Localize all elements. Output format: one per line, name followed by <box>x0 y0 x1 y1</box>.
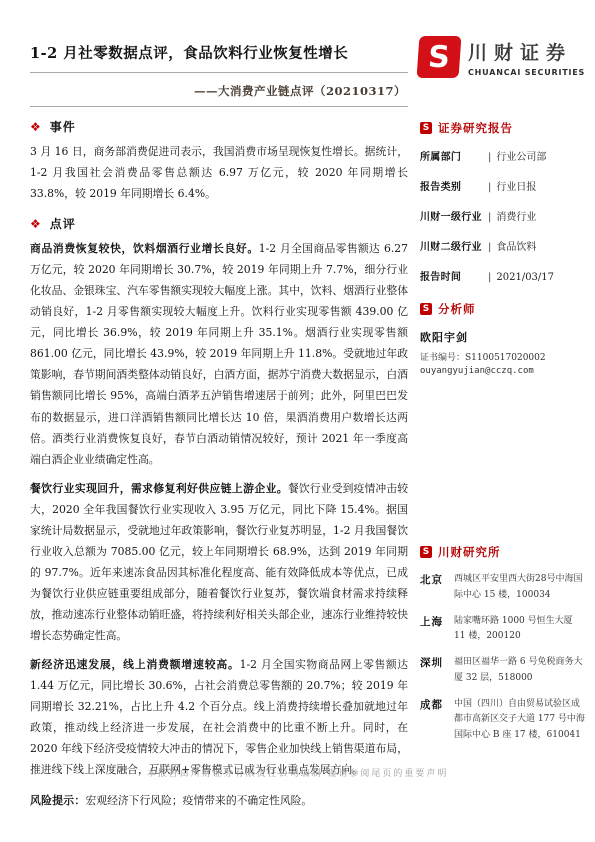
brand-logo-text: 川财证券 CHUANCAI SECURITIES <box>468 38 585 77</box>
diamond-bullet-icon: ❖ <box>30 218 41 230</box>
meta-row-category: 报告类别 | 行业日报 <box>420 178 586 193</box>
office-shenzhen: 深圳 福田区福华一路 6 号免税商务大厦 32 层，518000 <box>420 655 586 687</box>
main-column: 1-2 月社零数据点评，食品饮料行业恢复性增长 ——大消费产业链点评（20210… <box>30 42 408 819</box>
meta-row-date: 报告时间 | 2021/03/17 <box>420 268 586 283</box>
meta-value: 行业公司部 <box>496 148 546 163</box>
paragraph-text: 1-2 月全国实物商品网上零售额达 1.44 万亿元，同比增长 30.6%，占社… <box>30 658 408 776</box>
office-chengdu: 成都 中国（四川）自由贸易试验区成都市高新区交子大道 177 号中海国际中心 B… <box>420 697 586 744</box>
paragraph-lead: 商品消费恢复较快，饮料烟酒行业增长良好。 <box>30 242 259 255</box>
institute-heading: S 川财研究所 <box>420 544 586 560</box>
subtitle-row: ——大消费产业链点评（20210317） <box>30 73 408 106</box>
risk-notice: 风险提示：宏观经济下行风险；疫情带来的不确定性风险。 <box>30 790 408 811</box>
analyst-heading-label: 分析师 <box>438 301 476 317</box>
office-beijing: 北京 西城区平安里西大街28号中海国际中心 15 楼，100034 <box>420 572 586 604</box>
page-subtitle: ——大消费产业链点评（20210317） <box>194 84 406 98</box>
meta-row-industry-l2: 川财二级行业 | 食品饮料 <box>420 238 586 253</box>
brand-logo-icon: S <box>417 36 462 78</box>
analyst-section: S 分析师 欧阳宇剑 证书编号：S1100517020002 ouyangyuj… <box>420 301 586 376</box>
report-page: { "brand": { "logo_mark": "S", "logo_cn"… <box>0 0 595 842</box>
meta-label: 所属部门 <box>420 148 488 163</box>
office-address: 陆家嘴环路 1000 号恒生大厦 11 楼，200120 <box>454 614 586 646</box>
section-comment-heading: ❖ 点评 <box>30 215 408 232</box>
page-title: 1-2 月社零数据点评，食品饮料行业恢复性增长 <box>30 42 408 63</box>
institute-heading-label: 川财研究所 <box>438 544 501 560</box>
analyst-cert-number: 证书编号：S1100517020002 <box>420 350 586 363</box>
office-city: 北京 <box>420 572 446 604</box>
analyst-name: 欧阳宇剑 <box>420 329 586 345</box>
footer-disclaimer: 本报告由川财证券有限责任公司编制 谨请参阅尾页的重要声明 <box>0 766 595 779</box>
analyst-heading: S 分析师 <box>420 301 586 317</box>
institute-section: S 川财研究所 北京 西城区平安里西大街28号中海国际中心 15 楼，10003… <box>420 544 586 744</box>
office-city: 上海 <box>420 614 446 646</box>
section-comment-title: 点评 <box>50 215 76 232</box>
meta-separator: | <box>488 182 491 193</box>
risk-lead: 风险提示： <box>30 794 85 807</box>
office-shanghai: 上海 陆家嘴环路 1000 号恒生大厦 11 楼，200120 <box>420 614 586 646</box>
meta-row-department: 所属部门 | 行业公司部 <box>420 148 586 163</box>
section-event-heading: ❖ 事件 <box>30 118 408 135</box>
diamond-bullet-icon: ❖ <box>30 121 41 133</box>
meta-label: 川财二级行业 <box>420 238 488 253</box>
office-city: 深圳 <box>420 655 446 687</box>
report-info-sidebar: S 证券研究报告 所属部门 | 行业公司部 报告类别 | 行业日报 川财一级行业… <box>420 120 586 754</box>
office-city: 成都 <box>420 697 446 744</box>
comment-paragraph-3: 新经济迅速发展，线上消费额增速较高。1-2 月全国实物商品网上零售额达 1.44… <box>30 654 408 780</box>
meta-separator: | <box>488 152 491 163</box>
mini-logo-icon: S <box>420 122 432 134</box>
brand-name-en: CHUANCAI SECURITIES <box>468 68 585 77</box>
brand-logo: S 川财证券 CHUANCAI SECURITIES <box>418 36 586 78</box>
comment-paragraph-1: 商品消费恢复较快，饮料烟酒行业增长良好。1-2 月全国商品零售额达 6.27 万… <box>30 238 408 470</box>
meta-separator: | <box>488 242 491 253</box>
paragraph-lead: 新经济迅速发展，线上消费额增速较高。 <box>30 658 240 671</box>
event-paragraph: 3 月 16 日，商务部消费促进司表示，我国消费市场呈现恢复性增长。据统计，1-… <box>30 141 408 204</box>
report-tag-label: 证券研究报告 <box>438 120 513 136</box>
paragraph-lead: 餐饮行业实现回升，需求修复利好供应链上游企业。 <box>30 482 288 495</box>
brand-name-cn: 川财证券 <box>468 38 585 65</box>
subtitle-divider <box>30 106 408 107</box>
mini-logo-icon: S <box>420 546 432 558</box>
report-tag-heading: S 证券研究报告 <box>420 120 586 136</box>
meta-separator: | <box>488 272 491 283</box>
office-address: 西城区平安里西大街28号中海国际中心 15 楼，100034 <box>454 572 586 604</box>
meta-label: 川财一级行业 <box>420 208 488 223</box>
office-address: 福田区福华一路 6 号免税商务大厦 32 层，518000 <box>454 655 586 687</box>
comment-paragraph-2: 餐饮行业实现回升，需求修复利好供应链上游企业。餐饮行业受到疫情冲击较大，2020… <box>30 478 408 646</box>
mini-logo-icon: S <box>420 303 432 315</box>
risk-text: 宏观经济下行风险；疫情带来的不确定性风险。 <box>85 794 312 807</box>
meta-value: 2021/03/17 <box>496 272 554 283</box>
meta-row-industry-l1: 川财一级行业 | 消费行业 <box>420 208 586 223</box>
section-event-title: 事件 <box>50 118 76 135</box>
paragraph-text: 1-2 月全国商品零售额达 6.27 万亿元，较 2020 年同期增长 30.7… <box>30 242 408 465</box>
meta-separator: | <box>488 212 491 223</box>
office-address: 中国（四川）自由贸易试验区成都市高新区交子大道 177 号中海国际中心 B 座 … <box>454 697 586 744</box>
meta-label: 报告时间 <box>420 268 488 283</box>
meta-value: 食品饮料 <box>496 238 536 253</box>
meta-value: 行业日报 <box>496 178 536 193</box>
paragraph-text: 餐饮行业受到疫情冲击较大，2020 全年我国餐饮行业实现收入 3.95 万亿元，… <box>30 482 408 642</box>
analyst-email[interactable]: ouyangyujian@cczq.com <box>420 366 586 376</box>
meta-value: 消费行业 <box>496 208 536 223</box>
meta-label: 报告类别 <box>420 178 488 193</box>
